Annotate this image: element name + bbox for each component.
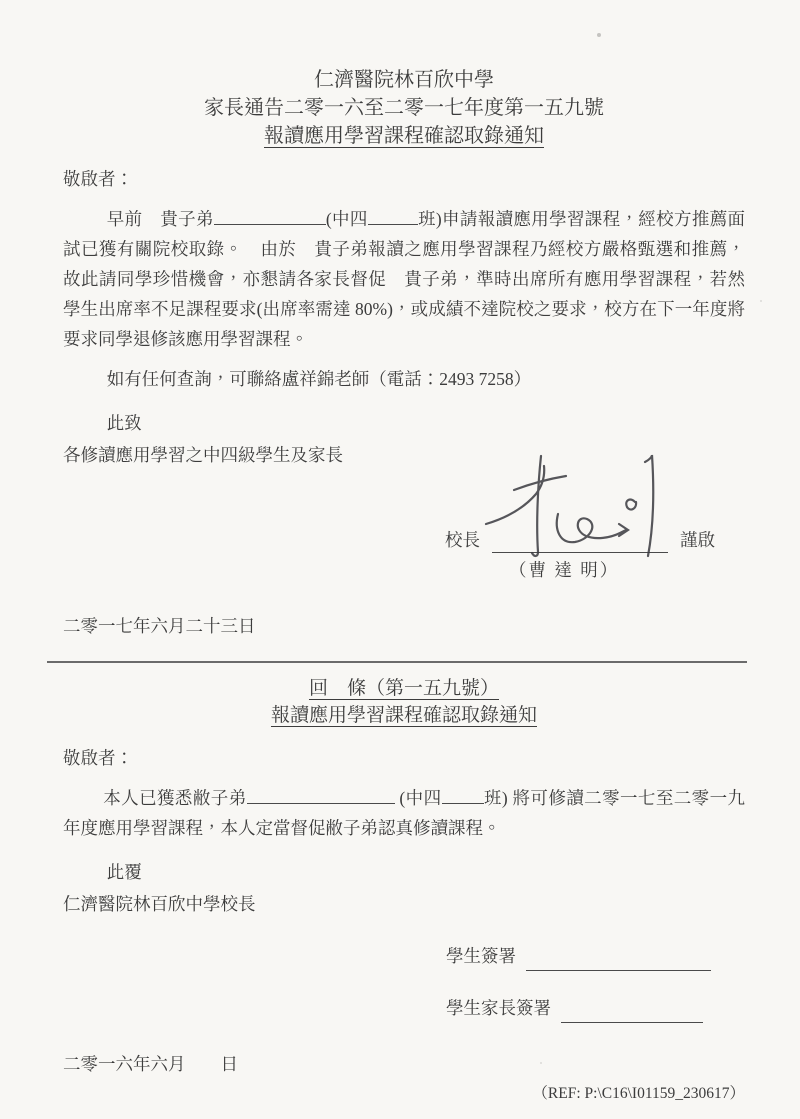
scanned-notice-page: 仁濟醫院林百欣中學 家長通告二零一六至二零一七年度第一五九號 報讀應用學習課程確…	[0, 0, 800, 1119]
notice-paragraph-seg2: (中四	[326, 209, 368, 229]
notice-paragraph-seg3: 班)申請報讀應用學習課程，經校方推薦面試已獲有關院校取錄。 由於 貴子弟報讀之應…	[63, 209, 745, 349]
reply-student-name-blank	[247, 785, 395, 804]
reply-addressee: 仁濟醫院林百欣中學校長	[63, 889, 745, 919]
reply-slip-title: 回 條（第一五九號）	[63, 675, 745, 702]
parent-signature-line	[561, 1000, 703, 1023]
reply-closing: 此覆	[63, 857, 745, 887]
contact-line: 如有任何查詢，可聯絡盧祥錦老師（電話：2493 7258）	[63, 364, 745, 394]
notice-closing: 此致	[63, 408, 745, 438]
notice-number-line: 家長通告二零一六至二零一七年度第一五九號	[63, 94, 745, 122]
reply-paragraph: 本人已獲悉敝子弟 (中四班) 將可修讀二零一七至二零一九年度應用學習課程，本人定…	[63, 783, 745, 843]
principal-name: （曹 達 明）	[509, 555, 745, 585]
tear-off-divider	[47, 661, 747, 663]
student-sign-label: 學生簽署	[446, 941, 516, 971]
school-name: 仁濟醫院林百欣中學	[63, 66, 745, 94]
student-signature-line	[526, 948, 711, 971]
student-signature-row: 學生簽署	[446, 941, 745, 971]
notice-paragraph: 早前 貴子弟(中四班)申請報讀應用學習課程，經校方推薦面試已獲有關院校取錄。 由…	[63, 204, 745, 354]
subject-line: 報讀應用學習課程確認取錄通知	[63, 122, 745, 150]
reply-class-blank	[442, 785, 484, 804]
scan-speck	[760, 300, 762, 302]
parent-signature-row: 學生家長簽署	[446, 993, 745, 1023]
subject-line-text: 報讀應用學習課程確認取錄通知	[264, 125, 544, 147]
scan-speck	[120, 212, 122, 214]
reply-paragraph-seg1: 本人已獲悉敝子弟	[103, 788, 246, 808]
reply-slip-subtitle: 報讀應用學習課程確認取錄通知	[63, 702, 745, 729]
notice-paragraph-seg1: 早前 貴子弟	[107, 209, 214, 229]
principal-signature-row: 校長 謹啟	[445, 526, 745, 553]
scan-speck	[597, 33, 601, 37]
reply-salutation: 敬啟者：	[63, 743, 745, 773]
class-blank	[368, 206, 418, 225]
reply-slip-title-text: 回 條（第一五九號）	[309, 678, 499, 699]
scan-speck	[540, 1062, 542, 1064]
reply-paragraph-seg2: (中四	[395, 788, 442, 808]
student-name-blank	[214, 206, 326, 225]
reply-date: 二零一六年六月 日	[63, 1049, 238, 1079]
page-content: 仁濟醫院林百欣中學 家長通告二零一六至二零一七年度第一五九號 報讀應用學習課程確…	[0, 0, 800, 1109]
respectfully-label: 謹啟	[680, 527, 715, 553]
reply-slip-subtitle-text: 報讀應用學習課程確認取錄通知	[271, 705, 537, 726]
principal-label: 校長	[445, 527, 480, 553]
principal-signature-line	[492, 526, 668, 553]
parent-sign-label: 學生家長簽署	[446, 993, 551, 1023]
footer-row: 二零一六年六月 日 （REF: P:\C16\I01159_230617）	[63, 1049, 745, 1109]
notice-recipients: 各修讀應用學習之中四級學生及家長	[63, 440, 745, 470]
notice-salutation: 敬啟者：	[63, 164, 745, 194]
reference-code: （REF: P:\C16\I01159_230617）	[532, 1079, 745, 1109]
notice-date: 二零一七年六月二十三日	[63, 611, 745, 641]
